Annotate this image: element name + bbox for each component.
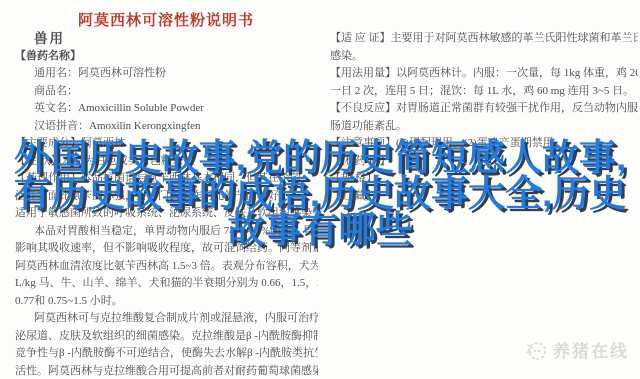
doc-line: 通用名：阿莫西林可溶性粉 bbox=[15, 65, 318, 83]
doc-line: 0.77和 0.75~1.5 小时。 bbox=[15, 293, 318, 311]
doc-line: 英文名：Amoxicillin Soluble Powder bbox=[15, 100, 318, 118]
doc-line: L/kg 马、牛、山羊、绵羊、犬和猫的半衰期分别为 0.66，1.5，1.12， bbox=[15, 275, 318, 293]
doc-line: 汉语拼音：Amoxilin Kerongxingfen bbox=[15, 118, 318, 136]
overlay-headline-line: 有历史故事的成语,历史故事大全,历史 bbox=[0, 176, 640, 212]
overlay-headline: 外国历史故事,党的历史简短感人故事,有历史故事的成语,历史故事大全,历史故事有哪… bbox=[0, 140, 640, 248]
doc-line: 活性。阿莫西林与克拉维酸合用可提高前者对耐药葡萄球菌感染的疗效。 bbox=[15, 363, 318, 379]
doc-line: 兽用 bbox=[15, 30, 318, 48]
watermark: 养猪在线 bbox=[524, 337, 629, 362]
doc-line: 商品名： bbox=[15, 83, 318, 101]
doc-line: 阿莫西林可与克拉维酸复合制成片剂或混悬液，内服可治疗犬和猫的 bbox=[15, 310, 318, 328]
doc-title: 阿莫西林可溶性粉说明书 bbox=[15, 9, 317, 30]
overlay-headline-line: 故事有哪些 bbox=[0, 212, 640, 248]
doc-line: 竞争性与β -内酰胺酶不可逆结合，使酶失去水解β -内酰胺类抗生素的 bbox=[15, 345, 318, 363]
doc-line: 肠道功能紊乱。 bbox=[330, 118, 638, 136]
doc-line: 【兽药名称】 bbox=[15, 48, 318, 66]
article-image: 阿莫西林可溶性粉说明书 兽用【兽药名称】通用名：阿莫西林可溶性粉商品名：英文名：… bbox=[0, 0, 640, 379]
doc-line: 阿莫西林血清浓度比氨苄西林高 1.5~3 倍。表观分布容积，犬为 0.2 bbox=[15, 258, 318, 276]
watermark-text: 养猪在线 bbox=[553, 337, 629, 362]
doc-line: 一日 2 次，连用 5 日；混饮：每 1L 水，鸡 60 mg 连用 3~5 日… bbox=[330, 83, 638, 101]
pig-logo-icon bbox=[524, 339, 548, 361]
doc-line: 【用法用量】以阿莫西林计。内服：一次量，每 1kg 体重，鸡 20~30 mg， bbox=[330, 65, 638, 83]
doc-line: 感染。 bbox=[330, 48, 638, 66]
overlay-headline-line: 外国历史故事,党的历史简短感人故事, bbox=[0, 140, 640, 176]
doc-line: 【适 应 证】主要用于对阿莫西林敏感的革兰氏阳性球菌和革兰氏阴性菌 bbox=[330, 30, 638, 48]
doc-line: 【不良反应】对胃肠道正常菌群有较强干扰作用，反刍动物内服可引起 bbox=[330, 100, 638, 118]
doc-line: 泌尿道、皮肤及软组织的细菌感染。克拉维酸是β -内酰胺酶抑制剂，能 bbox=[15, 328, 318, 346]
